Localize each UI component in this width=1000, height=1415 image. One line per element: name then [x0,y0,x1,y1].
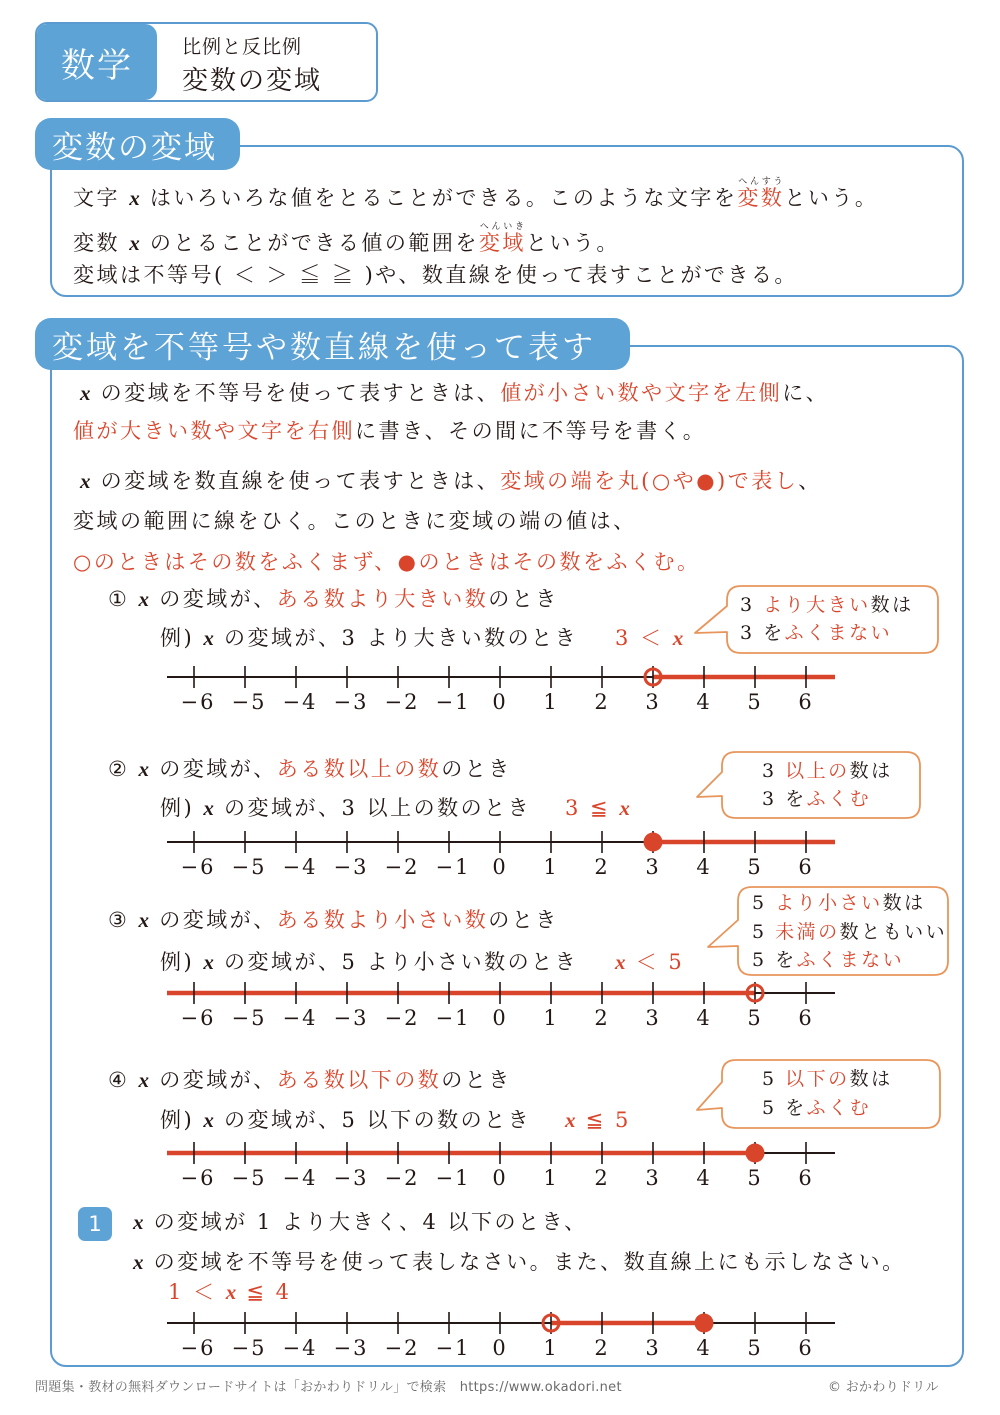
bubble-2-line-2: 3 をふくむ [762,786,871,812]
tick-label: 3 [645,1335,660,1361]
text-segment: 数は [871,594,914,616]
variable-x: x [139,587,151,611]
tick-label: 1 [543,689,558,715]
variable-x: x [203,626,215,650]
highlight-text: 以上の [785,760,850,782]
highlight-text: ふくむ [807,1097,872,1119]
tick-label: −1 [436,1165,471,1191]
tick-label: 4 [696,689,711,715]
tick-label: 3 [645,689,660,715]
tick-label: 2 [594,1335,609,1361]
tick-label: 4 [696,854,711,880]
tick-label: −4 [283,1005,318,1031]
tick-label: −1 [436,1005,471,1031]
variable-x: x [133,1210,145,1234]
text-segment: 数ともいい [840,921,948,943]
tick-label: 4 [696,1005,711,1031]
highlight-text: 以下の [785,1068,850,1090]
tick-label: 4 [696,1335,711,1361]
tick-label: −6 [181,1005,216,1031]
text-segment: の変域が、 [150,757,277,781]
footer-copyright: © おかわりドリル [828,1376,939,1395]
bubble-2-line-1: 3 以上の数は [762,758,893,784]
tick-label: 1 [543,1005,558,1031]
tick-label: 6 [798,1005,813,1031]
tick-label: 2 [594,689,609,715]
case-4-heading: ④ x の変域が、ある数以下の数のとき [108,1066,512,1094]
bubble-4-line-1: 5 以下の数は [762,1066,893,1092]
tick-label: −3 [334,1165,369,1191]
closed-endpoint-dot [695,1314,714,1333]
tick-label: −2 [385,1335,420,1361]
text-segment: 例) [160,626,203,650]
tick-label: −2 [385,1165,420,1191]
highlight-text: 未満の [775,921,840,943]
tick-label: −5 [232,689,267,715]
text-segment: 3 を [740,622,785,644]
text-segment: 数は [850,1068,893,1090]
tick-label: −2 [385,689,420,715]
tick-label: 0 [492,854,507,880]
tick-label: −4 [283,854,318,880]
case-1-inequality: 3 ＜ x [615,624,684,652]
tick-label: −1 [436,689,471,715]
highlight-text: ある数より小さい数 [277,908,489,932]
text-segment: の変域が、3 より大きい数のとき [215,626,578,650]
bubble-3-line-1: 5 より小さい数は [752,890,926,916]
text-segment: 3 を [762,788,807,810]
tick-label: −6 [181,1335,216,1361]
variable-x: x [673,626,685,650]
tick-label: 5 [747,1165,762,1191]
bubble-3-line-2: 5 未満の数ともいい [752,919,947,945]
highlight-text: ある数より大きい数 [277,587,489,611]
number-line-case-2: −6−5−4−3−2−10123456 [0,817,1000,879]
number-line-practice: −6−5−4−3−2−10123456 [0,1298,1000,1360]
text-segment: の変域が、 [150,908,277,932]
text-segment: ③ [108,908,139,932]
text-segment: 数は [883,892,926,914]
highlight-text: ある数以上の数 [277,757,442,781]
text-segment: の変域が、 [150,1068,277,1092]
tick-label: 3 [645,854,660,880]
text-segment: 数は [850,760,893,782]
case-1-heading: ① x の変域が、ある数より大きい数のとき [108,585,559,613]
tick-label: 6 [798,689,813,715]
tick-label: −4 [283,1335,318,1361]
tick-label: 5 [747,689,762,715]
case-1-example: 例) x の変域が、3 より大きい数のとき [160,624,578,652]
text-segment: 3 [762,760,785,782]
case-2-heading: ② x の変域が、ある数以上の数のとき [108,755,512,783]
tick-label: −5 [232,1165,267,1191]
highlight-text: より小さい [775,892,883,914]
tick-label: 1 [543,1165,558,1191]
text-segment: の変域が、 [150,587,277,611]
tick-label: 4 [696,1165,711,1191]
tick-label: 3 [645,1165,660,1191]
tick-label: 2 [594,1165,609,1191]
tick-label: −6 [181,854,216,880]
practice-question-line-1: x の変域が 1 より大きく、4 以下のとき、 [133,1208,588,1236]
practice-number-badge: 1 [78,1207,112,1241]
closed-endpoint-dot [746,1144,765,1163]
practice-question-line-2: x の変域を不等号を使って表しなさい。また、数直線上にも示しなさい。 [133,1248,906,1276]
highlight-text: 3 ＜ [615,626,673,650]
number-line-case-3: −6−5−4−3−2−10123456 [0,968,1000,1030]
text-segment: 3 [740,594,763,616]
tick-label: 6 [798,1335,813,1361]
text-segment: のとき [488,908,559,932]
tick-label: 5 [747,1335,762,1361]
variable-x: x [133,1250,145,1274]
tick-label: −6 [181,1165,216,1191]
bubble-1-line-1: 3 より大きい数は [740,592,914,618]
worksheet-page: 数学 比例と反比例 変数の変域 変数の変域 文字 x はいろいろな値をとることが… [0,0,1000,1415]
number-line-case-1: −6−5−4−3−2−10123456 [0,652,1000,714]
tick-label: 0 [492,1005,507,1031]
tick-label: 0 [492,689,507,715]
tick-label: 3 [645,1005,660,1031]
tick-label: −2 [385,1005,420,1031]
tick-label: −5 [232,1335,267,1361]
text-segment: ① [108,587,139,611]
variable-x: x [139,757,151,781]
tick-label: 2 [594,1005,609,1031]
text-segment: のとき [441,1068,512,1092]
text-segment: 5 [752,921,775,943]
tick-label: 5 [747,854,762,880]
bubble-4-line-2: 5 をふくむ [762,1095,871,1121]
tick-label: −5 [232,1005,267,1031]
text-segment: 5 [752,892,775,914]
highlight-text: より大きい [763,594,871,616]
text-segment: の変域が 1 より大きく、4 以下のとき、 [145,1210,588,1234]
text-segment: のとき [441,757,512,781]
closed-endpoint-dot [644,833,663,852]
text-segment: 5 [762,1068,785,1090]
tick-label: −3 [334,854,369,880]
tick-label: −1 [436,854,471,880]
highlight-text: ふくまない [785,622,893,644]
tick-label: −3 [334,1335,369,1361]
variable-x: x [139,1068,151,1092]
tick-label: 1 [543,1335,558,1361]
tick-label: 6 [798,1165,813,1191]
tick-label: −3 [334,689,369,715]
tick-label: −5 [232,854,267,880]
text-segment: の変域を不等号を使って表しなさい。また、数直線上にも示しなさい。 [145,1250,906,1274]
tick-label: 1 [543,854,558,880]
tick-label: 0 [492,1335,507,1361]
highlight-text: ある数以下の数 [277,1068,442,1092]
tick-label: −4 [283,689,318,715]
tick-label: −6 [181,689,216,715]
variable-x: x [139,908,151,932]
tick-label: −4 [283,1165,318,1191]
tick-label: −1 [436,1335,471,1361]
text-segment: 5 を [762,1097,807,1119]
tick-label: −3 [334,1005,369,1031]
tick-label: 2 [594,854,609,880]
text-segment: ④ [108,1068,139,1092]
footer-site-text: 問題集・教材の無料ダウンロードサイトは「おかわりドリル」で検索 https://… [35,1376,622,1395]
tick-label: 6 [798,854,813,880]
text-segment: ② [108,757,139,781]
bubble-1-line-2: 3 をふくまない [740,620,892,646]
number-line-case-4: −6−5−4−3−2−10123456 [0,1128,1000,1190]
tick-label: −2 [385,854,420,880]
tick-label: 0 [492,1165,507,1191]
text-segment: のとき [488,587,559,611]
highlight-text: ふくむ [807,788,872,810]
case-3-heading: ③ x の変域が、ある数より小さい数のとき [108,906,559,934]
tick-label: 5 [747,1005,762,1031]
